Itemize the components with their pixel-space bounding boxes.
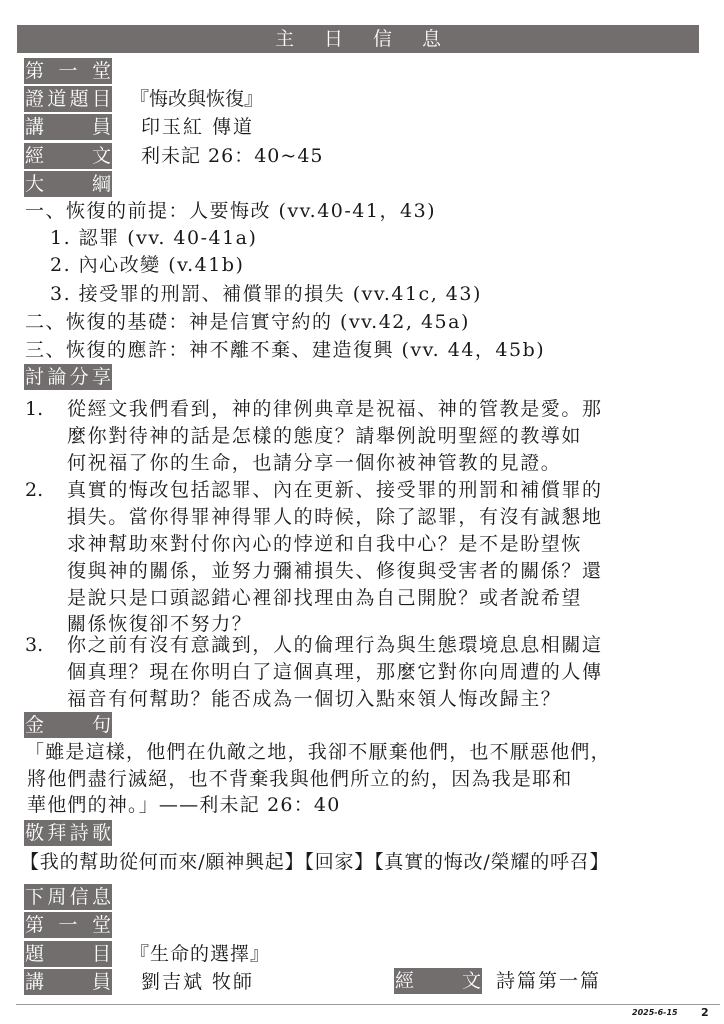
label-char: 句: [92, 712, 111, 738]
discussion-line: 求神幫助來對付你內心的悖逆和自我中心？是不是盼望恢: [67, 531, 582, 558]
discussion-line: 個真理？現在你明白了這個真理，那麼它對你向周遭的人傳: [67, 659, 603, 686]
discussion-line: 真實的悔改包括認罪、內在更新、接受罪的刑罰和補償罪的: [67, 477, 603, 504]
label-char: 文: [92, 143, 111, 169]
label-char: 員: [92, 114, 111, 140]
label-char: 息: [92, 884, 111, 910]
label-char: 經: [395, 968, 414, 994]
scripture-reference: 利未記 26：40~45: [141, 143, 324, 169]
discussion-line: 從經文我們看到，神的律例典章是祝福、神的管教是愛。那: [67, 396, 603, 423]
label-next-scripture: 經 文: [394, 968, 482, 994]
label-char: 講: [25, 114, 44, 140]
footer-date: 2025-6-15: [632, 1008, 678, 1017]
outline-item: 三、恢復的應許：神不離不棄、建造復興 (vv. 44，45b): [25, 337, 545, 363]
label-char: 目: [92, 941, 111, 967]
next-scripture-reference: 詩篇第一篇: [496, 968, 601, 994]
label-char: 享: [92, 364, 111, 390]
label-char: 詩: [70, 820, 89, 846]
sermon-topic: 『悔改與恢復』: [130, 86, 263, 112]
label-char: 綱: [92, 171, 111, 197]
label-char: 文: [462, 968, 481, 994]
label-next-week: 下 周 信 息: [24, 884, 112, 910]
outline-subitem: 3. 接受罪的刑罰、補償罪的損失 (vv.41c, 43): [50, 281, 482, 307]
label-char: 一: [58, 58, 77, 84]
label-char: 經: [25, 143, 44, 169]
label-scripture: 經 文: [24, 143, 112, 169]
label-char: 第: [25, 58, 44, 84]
label-char: 歌: [92, 820, 111, 846]
label-char: 周: [47, 884, 66, 910]
label-char: 討: [25, 364, 44, 390]
label-char: 拜: [47, 820, 66, 846]
discussion-line: 福音有何幫助？能否成為一個切入點來領人悔改歸主？: [67, 686, 561, 713]
label-char: 信: [70, 884, 89, 910]
label-first-service: 第 一 堂: [24, 58, 112, 84]
discussion-line: 麼你對待神的話是怎樣的態度？請舉例說明聖經的教導如: [67, 423, 582, 450]
label-char: 講: [25, 969, 44, 995]
memory-verse-line: 將他們盡行滅絕，也不背棄我與他們所立的約，因為我是耶和: [27, 766, 572, 792]
discussion-number: 1.: [25, 396, 43, 423]
label-char: 題: [70, 86, 89, 112]
discussion-line: 你之前有沒有意識到，人的倫理行為與生態環境息息相關這: [67, 632, 603, 659]
label-char: 道: [47, 86, 66, 112]
label-char: 證: [25, 86, 44, 112]
label-discussion: 討 論 分 享: [24, 364, 112, 390]
discussion-line: 復與神的關係，並努力彌補損失、修復與受害者的關係？還: [67, 558, 603, 585]
label-next-topic: 題 目: [24, 941, 112, 967]
label-char: 論: [47, 364, 66, 390]
outline-item: 一、恢復的前提：人要悔改 (vv.40-41，43): [25, 198, 436, 224]
label-outline: 大 綱: [24, 171, 112, 197]
label-char: 堂: [92, 58, 111, 84]
memory-verse-line: 「雖是這樣，他們在仇敵之地，我卻不厭棄他們，也不厭惡他們，: [25, 739, 611, 765]
page-header-title: 主日信息: [17, 25, 699, 53]
outline-subitem: 2. 內心改變 (v.41b): [50, 252, 244, 278]
discussion-number: 3.: [25, 632, 43, 659]
label-char: 下: [25, 884, 44, 910]
label-char: 大: [25, 171, 44, 197]
discussion-line: 損失。當你得罪神得罪人的時候，除了認罪，有沒有誠懇地: [67, 504, 603, 531]
speaker-name: 印玉紅 傳道: [141, 114, 254, 140]
label-char: 目: [92, 86, 111, 112]
label-speaker: 講 員: [24, 114, 112, 140]
label-char: 金: [25, 712, 44, 738]
footer-divider: [16, 1004, 720, 1005]
label-char: 敬: [25, 820, 44, 846]
next-sermon-topic: 『生命的選擇』: [130, 941, 270, 967]
label-char: 題: [25, 941, 44, 967]
page-number: 2: [701, 1006, 709, 1019]
label-next-first-service: 第 一 堂: [24, 912, 112, 938]
label-worship-hymns: 敬 拜 詩 歌: [24, 820, 112, 846]
label-char: 一: [58, 912, 77, 938]
discussion-line: 何祝福了你的生命，也請分享一個你被神管教的見證。: [67, 450, 561, 477]
label-char: 堂: [92, 912, 111, 938]
label-memory-verse: 金 句: [24, 712, 112, 738]
hymn-list: 【我的幫助從何而來/願神興起】【回家】【真實的悔改/榮耀的呼召】: [20, 849, 609, 875]
label-sermon-topic: 證 道 題 目: [24, 86, 112, 112]
outline-subitem: 1. 認罪 (vv. 40-41a): [50, 225, 257, 251]
label-char: 員: [92, 969, 111, 995]
label-char: 分: [70, 364, 89, 390]
label-next-speaker: 講 員: [24, 969, 112, 995]
outline-item: 二、恢復的基礎：神是信實守約的 (vv.42, 45a): [25, 309, 470, 335]
next-speaker-name: 劉吉斌 牧師: [141, 969, 254, 995]
label-char: 第: [25, 912, 44, 938]
memory-verse-line: 華他們的神。」——利未記 26：40: [27, 792, 341, 818]
discussion-number: 2.: [25, 477, 43, 504]
discussion-line: 是說只是口頭認錯心裡卻找理由為自己開脫？或者說希望: [67, 585, 582, 612]
